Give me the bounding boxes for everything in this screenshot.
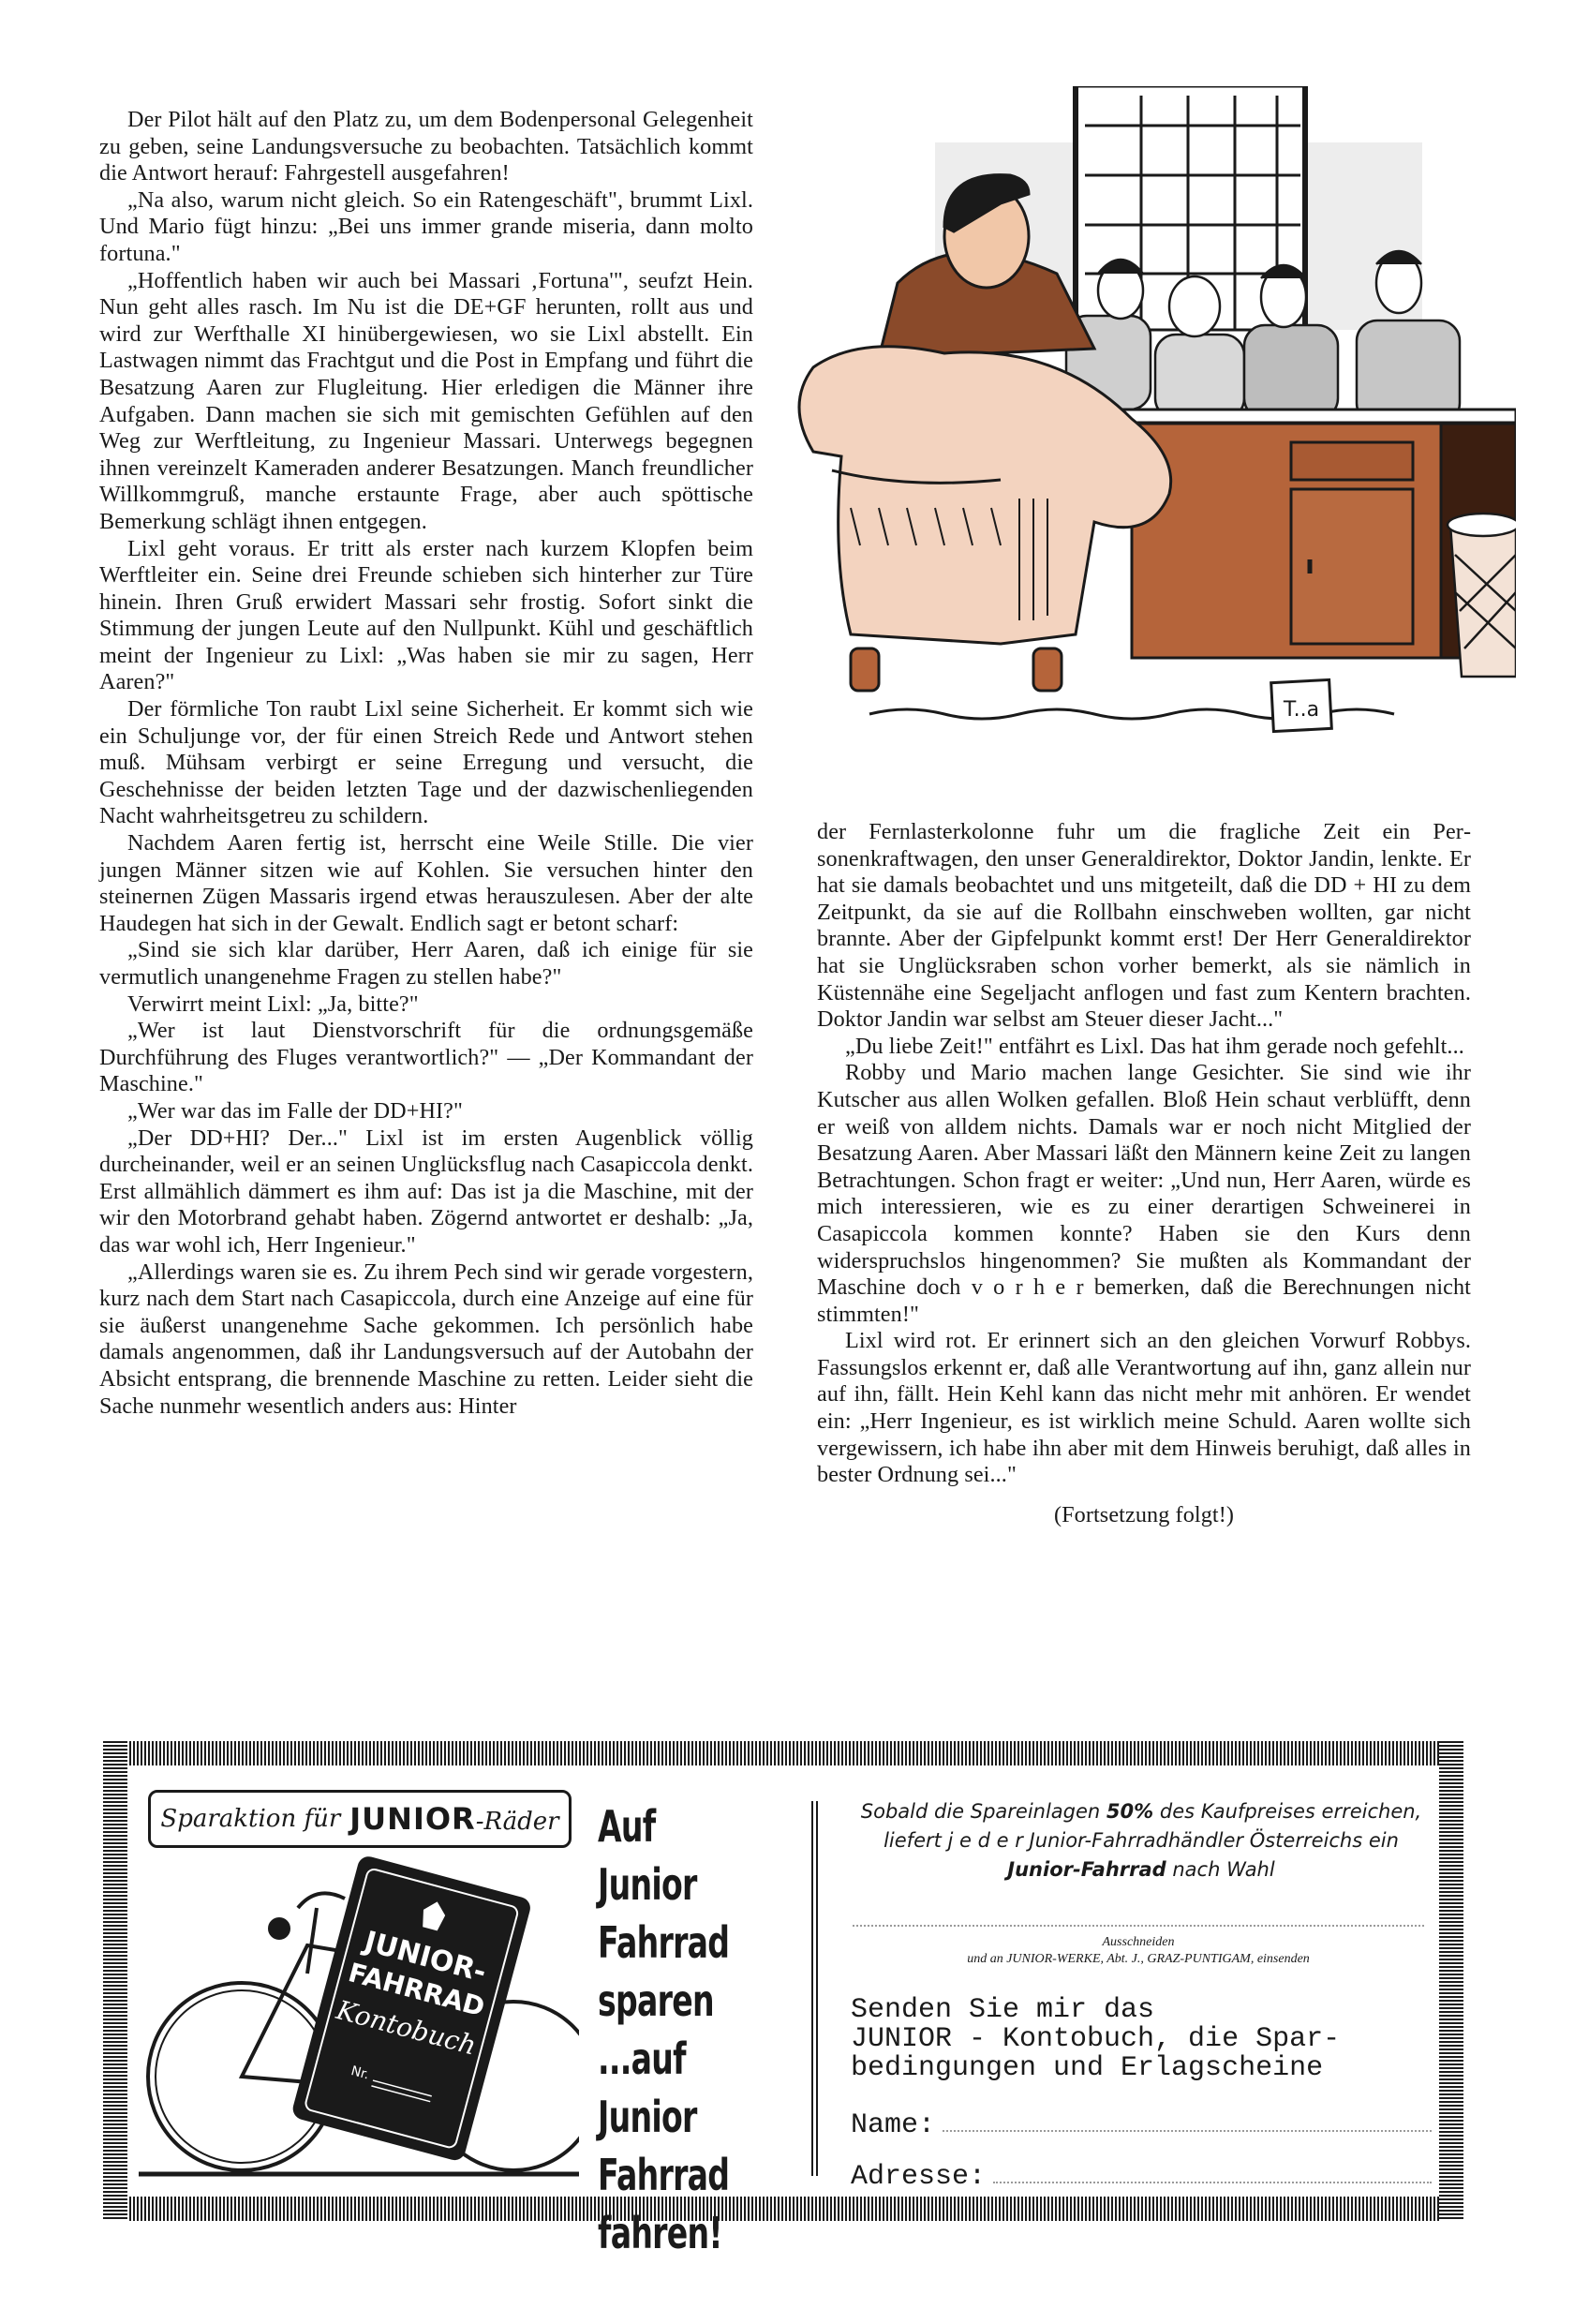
to-be-continued-note: (Fortsetzung folgt!) <box>817 1502 1471 1529</box>
address-field[interactable] <box>993 2161 1432 2183</box>
paragraph: „Wer ist laut Dienstvorschrift für die o… <box>99 1018 753 1098</box>
paragraph: Der förmliche Ton raubt Lixl seine Siche… <box>99 696 753 830</box>
paragraph: der Fernlasterkolonne fuhr um die fragli… <box>817 819 1471 1034</box>
paragraph: Lixl geht voraus. Er tritt als erster na… <box>99 536 753 697</box>
coupon-request-line: bedingungen und Erlagscheine <box>851 2054 1432 2083</box>
slogan-line: Auf Junior <box>598 1797 753 1914</box>
ad-border-left <box>103 1741 127 2221</box>
paragraph: „Na also, warum nicht gleich. So ein Rat… <box>99 187 753 268</box>
paragraph: Der Pilot hält auf den Platz zu, um dem … <box>99 107 753 187</box>
article-right-column: der Fernlasterkolonne fuhr um die fragli… <box>817 819 1471 1528</box>
slogan-line: ...auf Junior <box>598 2030 753 2146</box>
offer-text: Sobald die Spareinlagen <box>861 1800 1106 1823</box>
coupon-request-line: JUNIOR - Kontobuch, die Spar- <box>851 2025 1432 2054</box>
offer-percent: 50% <box>1106 1800 1153 1823</box>
order-coupon: Senden Sie mir das JUNIOR - Kontobuch, d… <box>851 1996 1432 2192</box>
paragraph: „Sind sie sich klar darüber, Herr Aaren,… <box>99 937 753 991</box>
name-field[interactable] <box>943 2109 1432 2132</box>
paragraph: „Du liebe Zeit!" entfährt es Lixl. Das h… <box>817 1034 1471 1061</box>
paragraph: „Allerdings waren sie es. Zu ihrem Pech … <box>99 1259 753 1421</box>
cut-label: Ausschneiden <box>843 1934 1433 1951</box>
cut-line <box>853 1925 1424 1927</box>
slogan-line: Fahrrad <box>598 1914 753 1972</box>
ad-divider <box>811 1801 813 2176</box>
paragraph: Nachdem Aaren fertig ist, herrscht eine … <box>99 830 753 937</box>
slogan-line: sparen <box>598 1972 753 2030</box>
ad-offer-text: Sobald die Spareinlagen 50% des Kaufprei… <box>860 1797 1422 1885</box>
seated-men-icon <box>1066 251 1460 424</box>
cut-address: und an JUNIOR-WERKE, Abt. J., GRAZ-PUNTI… <box>843 1951 1433 1968</box>
paragraph: Lixl wird rot. Er erinnert sich an den g… <box>817 1328 1471 1489</box>
office-scene-illustration: T..a <box>794 86 1516 761</box>
slogan-line: Fahrrad <box>598 2146 753 2204</box>
ad-border-right <box>1439 1741 1463 2221</box>
coupon-request-line: Senden Sie mir das <box>851 1996 1432 2025</box>
banner-script-left: Sparaktion für <box>160 1805 340 1833</box>
ad-slogan: Auf Junior Fahrrad sparen ...auf Junior … <box>598 1797 753 2262</box>
bicycle-with-savings-book-icon: JUNIOR- FAHRRAD Kontobuch Nr. <box>139 1852 579 2183</box>
paragraph: Robby und Mario machen lange Gesichter. … <box>817 1060 1471 1328</box>
junior-bicycle-advertisement: Sparaktion für JUNIOR-Räder JUNIOR- FAHR… <box>103 1741 1463 2221</box>
ad-banner: Sparaktion für JUNIOR-Räder <box>148 1790 572 1848</box>
cut-instructions: Ausschneiden und an JUNIOR-WERKE, Abt. J… <box>843 1934 1433 1968</box>
paragraph: „Wer war das im Falle der DD+HI?" <box>99 1098 753 1125</box>
artist-signature: T..a <box>1271 679 1332 731</box>
offer-text: nach Wahl <box>1166 1858 1275 1881</box>
banner-brand: JUNIOR <box>349 1801 475 1837</box>
ad-border-top <box>103 1741 1463 1765</box>
article-left-column: Der Pilot hält auf den Platz zu, um dem … <box>99 107 753 1420</box>
svg-text:T..a: T..a <box>1283 698 1319 722</box>
name-label: Name: <box>851 2111 935 2140</box>
slogan-line: fahren! <box>598 2204 753 2262</box>
ad-border-bottom <box>103 2197 1463 2221</box>
paragraph: Verwirrt meint Lixl: „Ja, bitte?" <box>99 991 753 1019</box>
banner-script-right: -Räder <box>476 1808 559 1836</box>
paragraph: „Hoffentlich haben wir auch bei Massari … <box>99 268 753 536</box>
address-label: Adresse: <box>851 2163 986 2192</box>
offer-product: Junior-Fahrrad <box>1007 1858 1166 1881</box>
paragraph: „Der DD+HI? Der..." Lixl ist im ersten A… <box>99 1125 753 1259</box>
